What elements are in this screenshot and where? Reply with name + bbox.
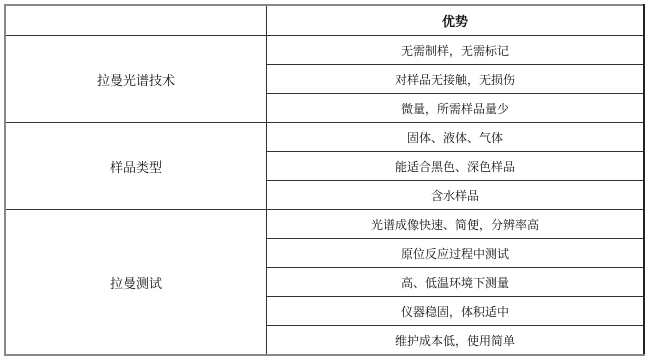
advantage-cell: 仪器稳固，体积适中 [267, 297, 645, 326]
table-row: 拉曼测试 光谱成像快速、简便，分辨率高 [5, 210, 644, 239]
category-cell: 拉曼测试 [5, 210, 267, 356]
advantage-cell: 维护成本低，使用简单 [267, 326, 645, 356]
table-row: 拉曼光谱技术 无需制样，无需标记 [5, 36, 644, 65]
header-advantages: 优势 [267, 5, 645, 36]
advantages-table: 优势 拉曼光谱技术 无需制样，无需标记 对样品无接触，无损伤 微量，所需样品量少… [4, 4, 645, 356]
advantage-cell: 能适合黑色、深色样品 [267, 152, 645, 181]
advantage-cell: 对样品无接触，无损伤 [267, 65, 645, 94]
advantage-cell: 无需制样，无需标记 [267, 36, 645, 65]
advantage-cell: 含水样品 [267, 181, 645, 210]
category-cell: 样品类型 [5, 123, 267, 210]
advantage-cell: 微量，所需样品量少 [267, 94, 645, 123]
advantage-cell: 固体、液体、气体 [267, 123, 645, 152]
advantage-cell: 光谱成像快速、简便，分辨率高 [267, 210, 645, 239]
advantage-cell: 高、低温环境下测量 [267, 268, 645, 297]
advantage-cell: 原位反应过程中测试 [267, 239, 645, 268]
category-cell: 拉曼光谱技术 [5, 36, 267, 123]
header-row: 优势 [5, 5, 644, 36]
table-row: 样品类型 固体、液体、气体 [5, 123, 644, 152]
header-category [5, 5, 267, 36]
